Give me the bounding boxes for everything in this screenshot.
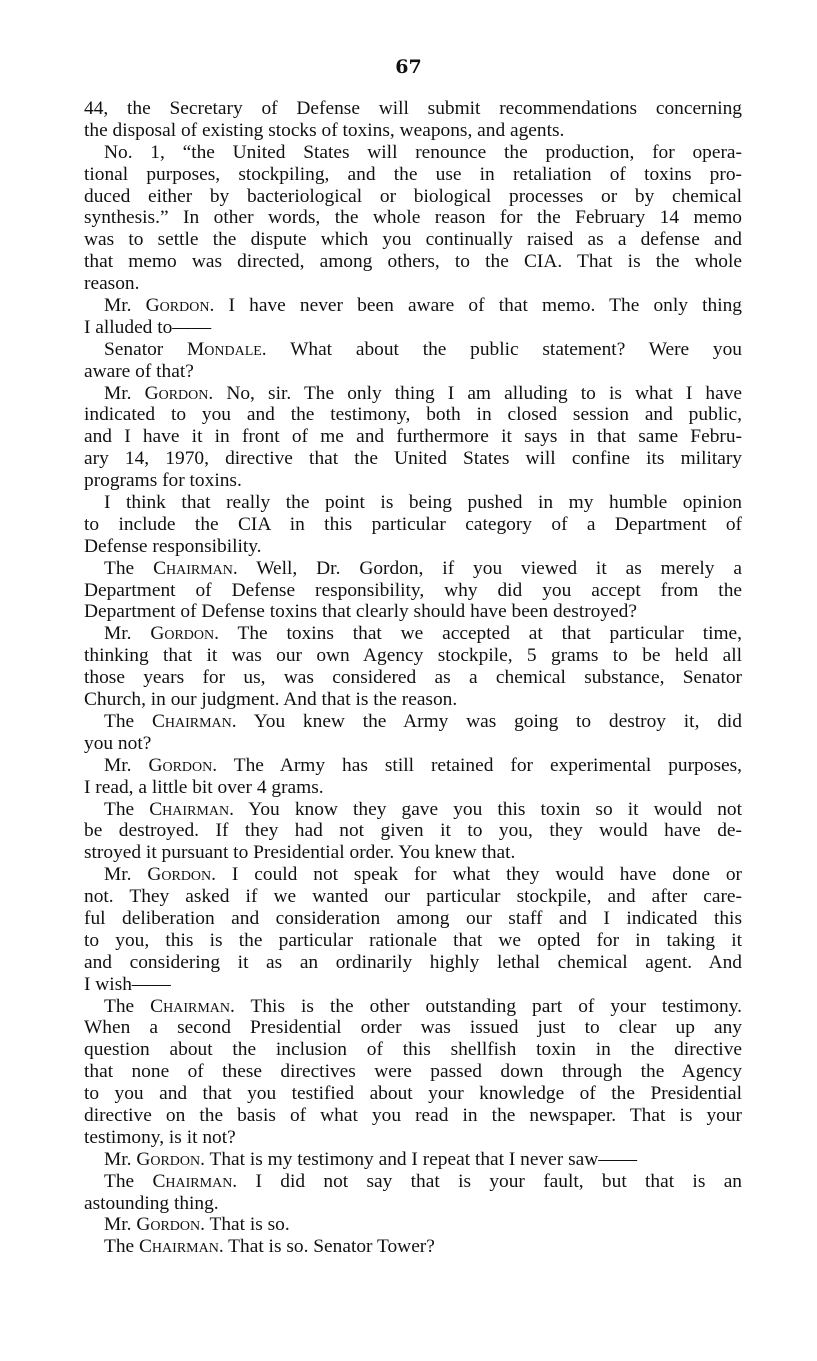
text-line: to you and that you testified about your… (84, 1083, 742, 1105)
line-text: The Army has still retained for experime… (234, 755, 742, 776)
line-text: No. 1, “the United States will renounce … (104, 142, 742, 163)
line-text: That is my testimony and I repeat that I… (209, 1149, 637, 1170)
speaker-name: Mr. Gordon. (104, 1149, 205, 1170)
line-text: the disposal of existing stocks of toxin… (84, 120, 564, 141)
speaker-paragraph: The Chairman. Well, Dr. Gordon, if you v… (84, 558, 742, 624)
speaker-paragraph: Mr. Gordon. The toxins that we accepted … (84, 623, 742, 711)
text-line: 44, the Secretary of Defense will submit… (84, 98, 742, 120)
speaker-name: The Chairman. (104, 711, 237, 732)
text-line: Defense responsibility. (84, 536, 742, 558)
line-text: I could not speak for what they would ha… (232, 864, 742, 885)
line-text: duced either by bacteriological or biolo… (84, 186, 742, 207)
text-line: Mr. Gordon. I could not speak for what t… (84, 864, 742, 886)
speaker-paragraph: The Chairman. I did not say that is your… (84, 1171, 742, 1215)
line-text: That is so. (209, 1214, 289, 1235)
speaker-paragraph: The Chairman. You know they gave you thi… (84, 799, 742, 865)
text-line: I read, a little bit over 4 grams. (84, 777, 742, 799)
line-text: Department of Defense toxins that clearl… (84, 601, 637, 622)
text-line: The Chairman. This is the other outstand… (84, 996, 742, 1018)
speaker-name: The Chairman. (104, 996, 235, 1017)
line-text: thinking that it was our own Agency stoc… (84, 645, 742, 666)
text-line: Mr. Gordon. That is so. (84, 1214, 742, 1236)
line-text: to you, this is the particular rationale… (84, 930, 742, 951)
line-text: No, sir. The only thing I am alluding to… (226, 383, 742, 404)
speaker-paragraph: Mr. Gordon. I could not speak for what t… (84, 864, 742, 995)
text-line: to you, this is the particular rationale… (84, 930, 742, 952)
text-line: Mr. Gordon. The toxins that we accepted … (84, 623, 742, 645)
line-text: I wish—— (84, 974, 171, 995)
text-line: Church, in our judgment. And that is the… (84, 689, 742, 711)
text-line: Senator Mondale. What about the public s… (84, 339, 742, 361)
text-line: was to settle the dispute which you cont… (84, 229, 742, 251)
line-text: I did not say that is your fault, but th… (256, 1171, 743, 1192)
speaker-name: Mr. Gordon. (104, 1214, 205, 1235)
line-text: reason. (84, 273, 139, 294)
text-line: that none of these directives were passe… (84, 1061, 742, 1083)
text-line: When a second Presidential order was iss… (84, 1017, 742, 1039)
line-text: Well, Dr. Gordon, if you viewed it as me… (256, 558, 742, 579)
speaker-name: The Chairman. (104, 558, 238, 579)
text-line: reason. (84, 273, 742, 295)
text-line: programs for toxins. (84, 470, 742, 492)
line-text: You know they gave you this toxin so it … (248, 799, 742, 820)
text-line: No. 1, “the United States will renounce … (84, 142, 742, 164)
text-line: Mr. Gordon. The Army has still retained … (84, 755, 742, 777)
line-text: indicated to you and the testimony, both… (84, 404, 742, 425)
text-line: The Chairman. You know they gave you thi… (84, 799, 742, 821)
speaker-paragraph: Mr. Gordon. No, sir. The only thing I am… (84, 383, 742, 492)
line-text: What about the public statement? Were yo… (290, 339, 742, 360)
speaker-name: Senator Mondale. (104, 339, 267, 360)
text-line: stroyed it pursuant to Presidential orde… (84, 842, 742, 864)
text-line: those years for us, was considered as a … (84, 667, 742, 689)
text-line: testimony, is it not? (84, 1127, 742, 1149)
text-line: thinking that it was our own Agency stoc… (84, 645, 742, 667)
line-text: to you and that you testified about your… (84, 1083, 742, 1104)
line-text: I alluded to—— (84, 317, 211, 338)
text-line: question about the inclusion of this she… (84, 1039, 742, 1061)
line-text: those years for us, was considered as a … (84, 667, 742, 688)
text-line: Mr. Gordon. I have never been aware of t… (84, 295, 742, 317)
text-line: directive on the basis of what you read … (84, 1105, 742, 1127)
speaker-paragraph: Mr. Gordon. That is so. (84, 1214, 742, 1236)
line-text: You knew the Army was going to destroy i… (254, 711, 742, 732)
line-text: aware of that? (84, 361, 194, 382)
paragraph: I think that really the point is being p… (84, 492, 742, 558)
speaker-paragraph: The Chairman. That is so. Senator Tower? (84, 1236, 742, 1258)
text-line: Department of Defense toxins that clearl… (84, 601, 742, 623)
speaker-name: Mr. Gordon. (104, 864, 216, 885)
text-line: and I have it in front of me and further… (84, 426, 742, 448)
text-line: The Chairman. You knew the Army was goin… (84, 711, 742, 733)
text-line: I think that really the point is being p… (84, 492, 742, 514)
line-text: that memo was directed, among others, to… (84, 251, 742, 272)
text-line: I wish—— (84, 974, 742, 996)
line-text: not. They asked if we wanted our particu… (84, 886, 742, 907)
speaker-paragraph: The Chairman. This is the other outstand… (84, 996, 742, 1149)
line-text: Church, in our judgment. And that is the… (84, 689, 457, 710)
line-text: question about the inclusion of this she… (84, 1039, 742, 1060)
speaker-paragraph: The Chairman. You knew the Army was goin… (84, 711, 742, 755)
line-text: 44, the Secretary of Defense will submit… (84, 98, 742, 119)
line-text: programs for toxins. (84, 470, 242, 491)
speaker-name: Mr. Gordon. (104, 295, 214, 316)
speaker-name: Mr. Gordon. (104, 623, 219, 644)
speaker-paragraph: Mr. Gordon. That is my testimony and I r… (84, 1149, 742, 1171)
line-text: and I have it in front of me and further… (84, 426, 742, 447)
line-text: and considering it as an ordinarily high… (84, 952, 742, 973)
text-line: tional purposes, stockpiling, and the us… (84, 164, 742, 186)
text-line: astounding thing. (84, 1193, 742, 1215)
text-line: The Chairman. Well, Dr. Gordon, if you v… (84, 558, 742, 580)
text-line: and considering it as an ordinarily high… (84, 952, 742, 974)
speaker-name: The Chairman. (104, 1236, 224, 1257)
speaker-name: The Chairman. (104, 799, 234, 820)
page-number: 67 (0, 56, 817, 78)
text-line: you not? (84, 733, 742, 755)
speaker-name: Mr. Gordon. (104, 755, 217, 776)
speaker-name: Mr. Gordon. (104, 383, 213, 404)
line-text: I think that really the point is being p… (104, 492, 742, 513)
text-line: ful deliberation and consideration among… (84, 908, 742, 930)
speaker-name: The Chairman. (104, 1171, 237, 1192)
line-text: Department of Defense responsibility, wh… (84, 580, 742, 601)
line-text: I read, a little bit over 4 grams. (84, 777, 324, 798)
text-line: The Chairman. That is so. Senator Tower? (84, 1236, 742, 1258)
text-line: be destroyed. If they had not given it t… (84, 820, 742, 842)
line-text: ful deliberation and consideration among… (84, 908, 742, 929)
speaker-paragraph: Senator Mondale. What about the public s… (84, 339, 742, 383)
text-line: I alluded to—— (84, 317, 742, 339)
speaker-paragraph: Mr. Gordon. I have never been aware of t… (84, 295, 742, 339)
transcript-body: 44, the Secretary of Defense will submit… (84, 98, 742, 1258)
text-line: Department of Defense responsibility, wh… (84, 580, 742, 602)
text-line: that memo was directed, among others, to… (84, 251, 742, 273)
line-text: astounding thing. (84, 1193, 219, 1214)
line-text: tional purposes, stockpiling, and the us… (84, 164, 742, 185)
speaker-paragraph: Mr. Gordon. The Army has still retained … (84, 755, 742, 799)
line-text: When a second Presidential order was iss… (84, 1017, 742, 1038)
line-text: directive on the basis of what you read … (84, 1105, 742, 1126)
line-text: Defense responsibility. (84, 536, 262, 557)
text-line: Mr. Gordon. No, sir. The only thing I am… (84, 383, 742, 405)
line-text: ary 14, 1970, directive that the United … (84, 448, 742, 469)
text-line: to include the CIA in this particular ca… (84, 514, 742, 536)
text-line: the disposal of existing stocks of toxin… (84, 120, 742, 142)
text-line: duced either by bacteriological or biolo… (84, 186, 742, 208)
text-line: Mr. Gordon. That is my testimony and I r… (84, 1149, 742, 1171)
line-text: you not? (84, 733, 151, 754)
paragraph: No. 1, “the United States will renounce … (84, 142, 742, 295)
text-line: ary 14, 1970, directive that the United … (84, 448, 742, 470)
line-text: That is so. Senator Tower? (228, 1236, 435, 1257)
line-text: that none of these directives were passe… (84, 1061, 742, 1082)
line-text: stroyed it pursuant to Presidential orde… (84, 842, 515, 863)
line-text: The toxins that we accepted at that part… (237, 623, 742, 644)
text-line: indicated to you and the testimony, both… (84, 404, 742, 426)
text-line: aware of that? (84, 361, 742, 383)
text-line: synthesis.” In other words, the whole re… (84, 207, 742, 229)
line-text: synthesis.” In other words, the whole re… (84, 207, 742, 228)
line-text: was to settle the dispute which you cont… (84, 229, 742, 250)
text-line: The Chairman. I did not say that is your… (84, 1171, 742, 1193)
line-text: be destroyed. If they had not given it t… (84, 820, 742, 841)
paragraph: 44, the Secretary of Defense will submit… (84, 98, 742, 142)
line-text: I have never been aware of that memo. Th… (229, 295, 743, 316)
line-text: This is the other outstanding part of yo… (251, 996, 742, 1017)
line-text: to include the CIA in this particular ca… (84, 514, 742, 535)
line-text: testimony, is it not? (84, 1127, 236, 1148)
text-line: not. They asked if we wanted our particu… (84, 886, 742, 908)
